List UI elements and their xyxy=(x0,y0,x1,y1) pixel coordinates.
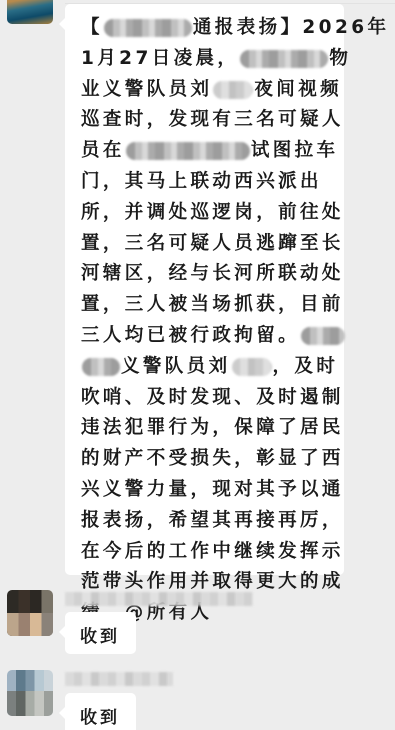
redacted-text xyxy=(232,358,272,376)
message-line: 河辖区，经与长河所联动处 xyxy=(81,259,332,290)
message-line: 巡查时，发现有三名可疑人 xyxy=(81,105,332,136)
message-line: 所，并调处巡逻岗，前往处 xyxy=(81,198,332,229)
message-text: 收到 xyxy=(80,708,120,728)
sender-name-redacted xyxy=(65,672,173,686)
message-line: 1月27日凌晨，物 xyxy=(81,44,332,75)
message-bubble[interactable]: 【通报表扬】2026年 1月27日凌晨，物 业义警队员刘夜间视频 巡查时，发现有… xyxy=(65,4,344,575)
chat-message: 收到 xyxy=(0,668,395,730)
message-line: 置，三名可疑人员逃蹿至长 xyxy=(81,229,332,260)
redacted-text xyxy=(126,142,250,160)
message-line: 三人均已被行政拘留。 xyxy=(81,321,332,352)
message-bubble[interactable]: 收到 xyxy=(65,612,136,654)
message-line: 兴义警力量，现对其予以通 xyxy=(81,475,332,506)
message-line: 报表扬，希望其再接再厉， xyxy=(81,506,332,537)
message-line: 员在试图拉车 xyxy=(81,136,332,167)
message-text: 收到 xyxy=(80,627,120,647)
message-line: 业义警队员刘夜间视频 xyxy=(81,75,332,106)
redacted-text xyxy=(301,327,345,345)
sender-avatar[interactable] xyxy=(7,670,53,716)
message-line: 置，三人被当场抓获，目前 xyxy=(81,290,332,321)
message-line: 门，其马上联动西兴派出 xyxy=(81,167,332,198)
message-line: 吹哨、及时发现、及时遏制 xyxy=(81,383,332,414)
message-line: 的财产不受损失，彰显了西 xyxy=(81,444,332,475)
chat-message: 收到 xyxy=(0,588,395,658)
message-bubble[interactable]: 收到 xyxy=(65,693,136,730)
sender-avatar[interactable] xyxy=(7,0,53,24)
redacted-text xyxy=(213,81,253,99)
redacted-text xyxy=(82,358,120,376)
sender-avatar[interactable] xyxy=(7,590,53,636)
redacted-text xyxy=(240,50,328,68)
message-line: 违法犯罪行为，保障了居民 xyxy=(81,413,332,444)
sender-name-redacted xyxy=(65,592,253,606)
message-line: 【通报表扬】2026年 xyxy=(81,13,332,44)
redacted-text xyxy=(104,19,192,37)
message-line: 在今后的工作中继续发挥示 xyxy=(81,537,332,568)
chat-message: 【通报表扬】2026年 1月27日凌晨，物 业义警队员刘夜间视频 巡查时，发现有… xyxy=(0,0,395,580)
message-line: 义警队员刘，及时 xyxy=(81,352,332,383)
